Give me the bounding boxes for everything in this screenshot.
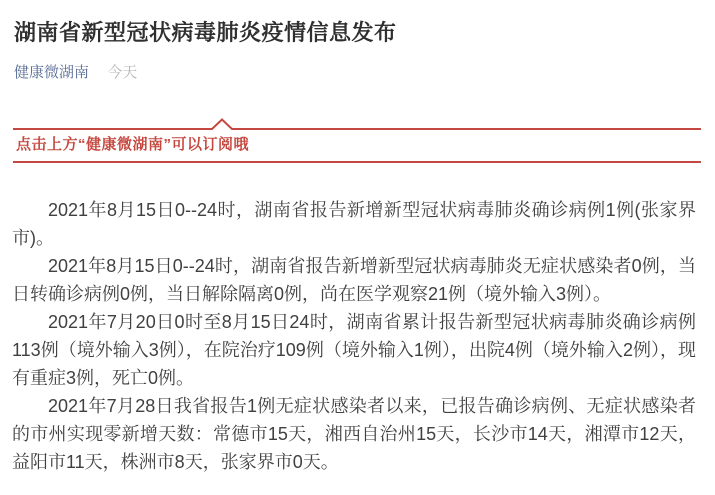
subscribe-hint-text: 点击上方“健康微湖南”可以订阅哦	[16, 137, 701, 153]
banner-top-rule-caret-icon	[13, 118, 701, 131]
account-name-link[interactable]: 健康微湖南	[14, 64, 89, 81]
banner-bottom-rule	[13, 161, 701, 163]
article-meta: 健康微湖南 今天	[14, 64, 701, 82]
subscribe-banner: 点击上方“健康微湖南”可以订阅哦	[13, 118, 701, 163]
article-page: 湖南省新型冠状病毒肺炎疫情信息发布 健康微湖南 今天 点击上方“健康微湖南”可以…	[0, 0, 715, 495]
publish-time: 今天	[107, 64, 137, 81]
paragraph-new-confirmed-cases: 2021年8月15日0--24时，湖南省报告新增新型冠状病毒肺炎确诊病例1例(张…	[12, 196, 696, 252]
article-body: 2021年8月15日0--24时，湖南省报告新增新型冠状病毒肺炎确诊病例1例(张…	[12, 196, 696, 476]
paragraph-cumulative-cases: 2021年7月20日0时至8月15日24时，湖南省累计报告新型冠状病毒肺炎确诊病…	[12, 308, 696, 392]
paragraph-asymptomatic-cases: 2021年8月15日0--24时，湖南省报告新增新型冠状病毒肺炎无症状感染者0例…	[12, 252, 696, 308]
article-title: 湖南省新型冠状病毒肺炎疫情信息发布	[14, 20, 701, 46]
paragraph-zero-increase-days: 2021年7月28日我省报告1例无症状感染者以来，已报告确诊病例、无症状感染者的…	[12, 392, 696, 476]
